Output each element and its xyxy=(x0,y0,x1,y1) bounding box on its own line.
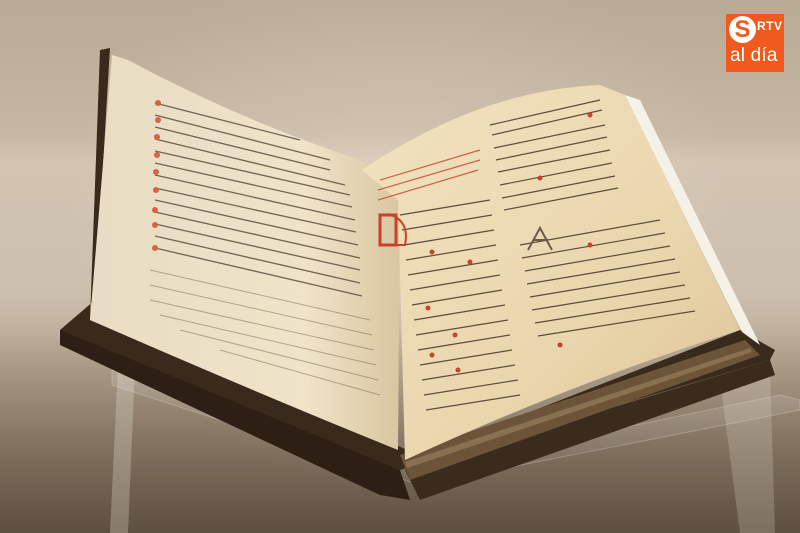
srtv-al-dia-logo: S RTV al día xyxy=(726,14,784,72)
logo-tagline: al día xyxy=(730,45,778,67)
manuscript-illustration xyxy=(0,0,800,533)
logo-rtv-text: RTV xyxy=(757,19,783,33)
logo-s-circle: S xyxy=(729,16,756,43)
photo-scene: S RTV al día xyxy=(0,0,800,533)
